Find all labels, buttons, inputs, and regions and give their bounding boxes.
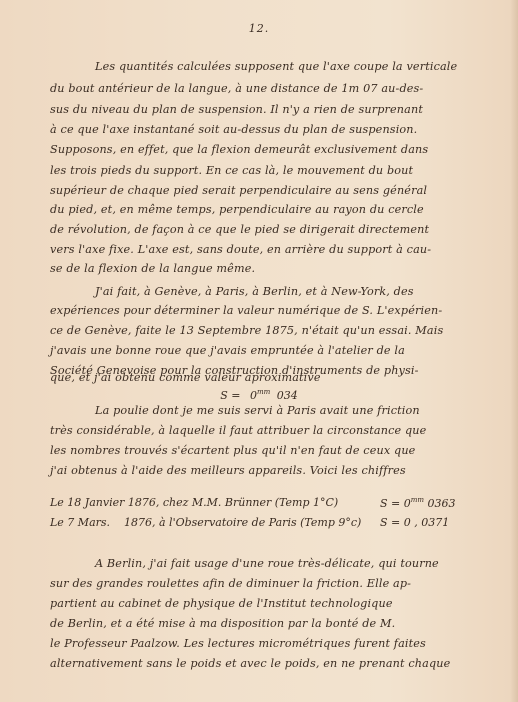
text-line: de révolution, de façon à ce que le pied… [50,223,490,237]
text-line: J'ai fait, à Genève, à Paris, à Berlin, … [95,285,490,299]
text-line: Les quantités calculées supposent que l'… [95,60,490,74]
text-line: La poulie dont je me suis servi à Paris … [95,404,490,418]
formula-int: 0 [250,389,257,402]
text-line: j'ai obtenus à l'aide des meilleurs appa… [50,464,490,478]
formula-unit: mm [257,388,270,396]
text-line: A Berlin, j'ai fait usage d'une roue trè… [95,557,490,571]
text-line: alternativement sans le poids et avec le… [50,657,490,671]
text-line: que, et j'ai obtenu comme valeur aproxim… [50,371,490,385]
text-line: partient au cabinet de physique de l'Ins… [50,597,490,611]
text-line: ce de Genève, faite le 13 Septembre 1875… [50,324,490,338]
measurement-row: Le 7 Mars. 1876, à l'Observatoire de Par… [50,516,361,529]
text-line: expériences pour déterminer la valeur nu… [50,304,490,318]
text-line: sur des grandes roulettes afin de diminu… [50,577,490,591]
formula-dec: 034 [277,389,298,402]
text-line: Supposons, en effet, que la flexion deme… [50,143,490,157]
text-line: les nombres trouvés s'écartent plus qu'i… [50,444,490,458]
measurement-description: Le 18 Janvier 1876, chez M.M. Brünner (T… [50,496,338,509]
manuscript-page: 12. Les quantités calculées supposent qu… [0,0,518,702]
formula-s-value: S = 0mm 034 [0,388,518,402]
text-line: vers l'axe fixe. L'axe est, sans doute, … [50,243,490,257]
page-edge-shadow [510,0,518,702]
measurement-row: Le 18 Janvier 1876, chez M.M. Brünner (T… [50,496,338,509]
text-line: à ce que l'axe instantané soit au-dessus… [50,123,490,137]
text-line: supérieur de chaque pied serait perpendi… [50,184,490,198]
text-line: les trois pieds du support. En ce cas là… [50,164,490,178]
text-line: j'avais une bonne roue que j'avais empru… [50,344,490,358]
text-line: très considérable, à laquelle il faut at… [50,424,490,438]
page-number: 12. [0,22,518,35]
text-line: de Berlin, et a été mise à ma dispositio… [50,617,490,631]
measurement-result: S = 0mm 0363 [380,496,456,510]
text-line: sus du niveau du plan de suspension. Il … [50,103,490,117]
text-line: se de la flexion de la langue même. [50,262,490,276]
measurement-result: S = 0 , 0371 [380,516,449,529]
text-line: du bout antérieur de la langue, à une di… [50,82,490,96]
formula-lhs: S = [220,389,240,402]
measurement-description: Le 7 Mars. 1876, à l'Observatoire de Par… [50,516,361,529]
text-line: le Professeur Paalzow. Les lectures micr… [50,637,490,651]
text-line: du pied, et, en même temps, perpendicula… [50,203,490,217]
